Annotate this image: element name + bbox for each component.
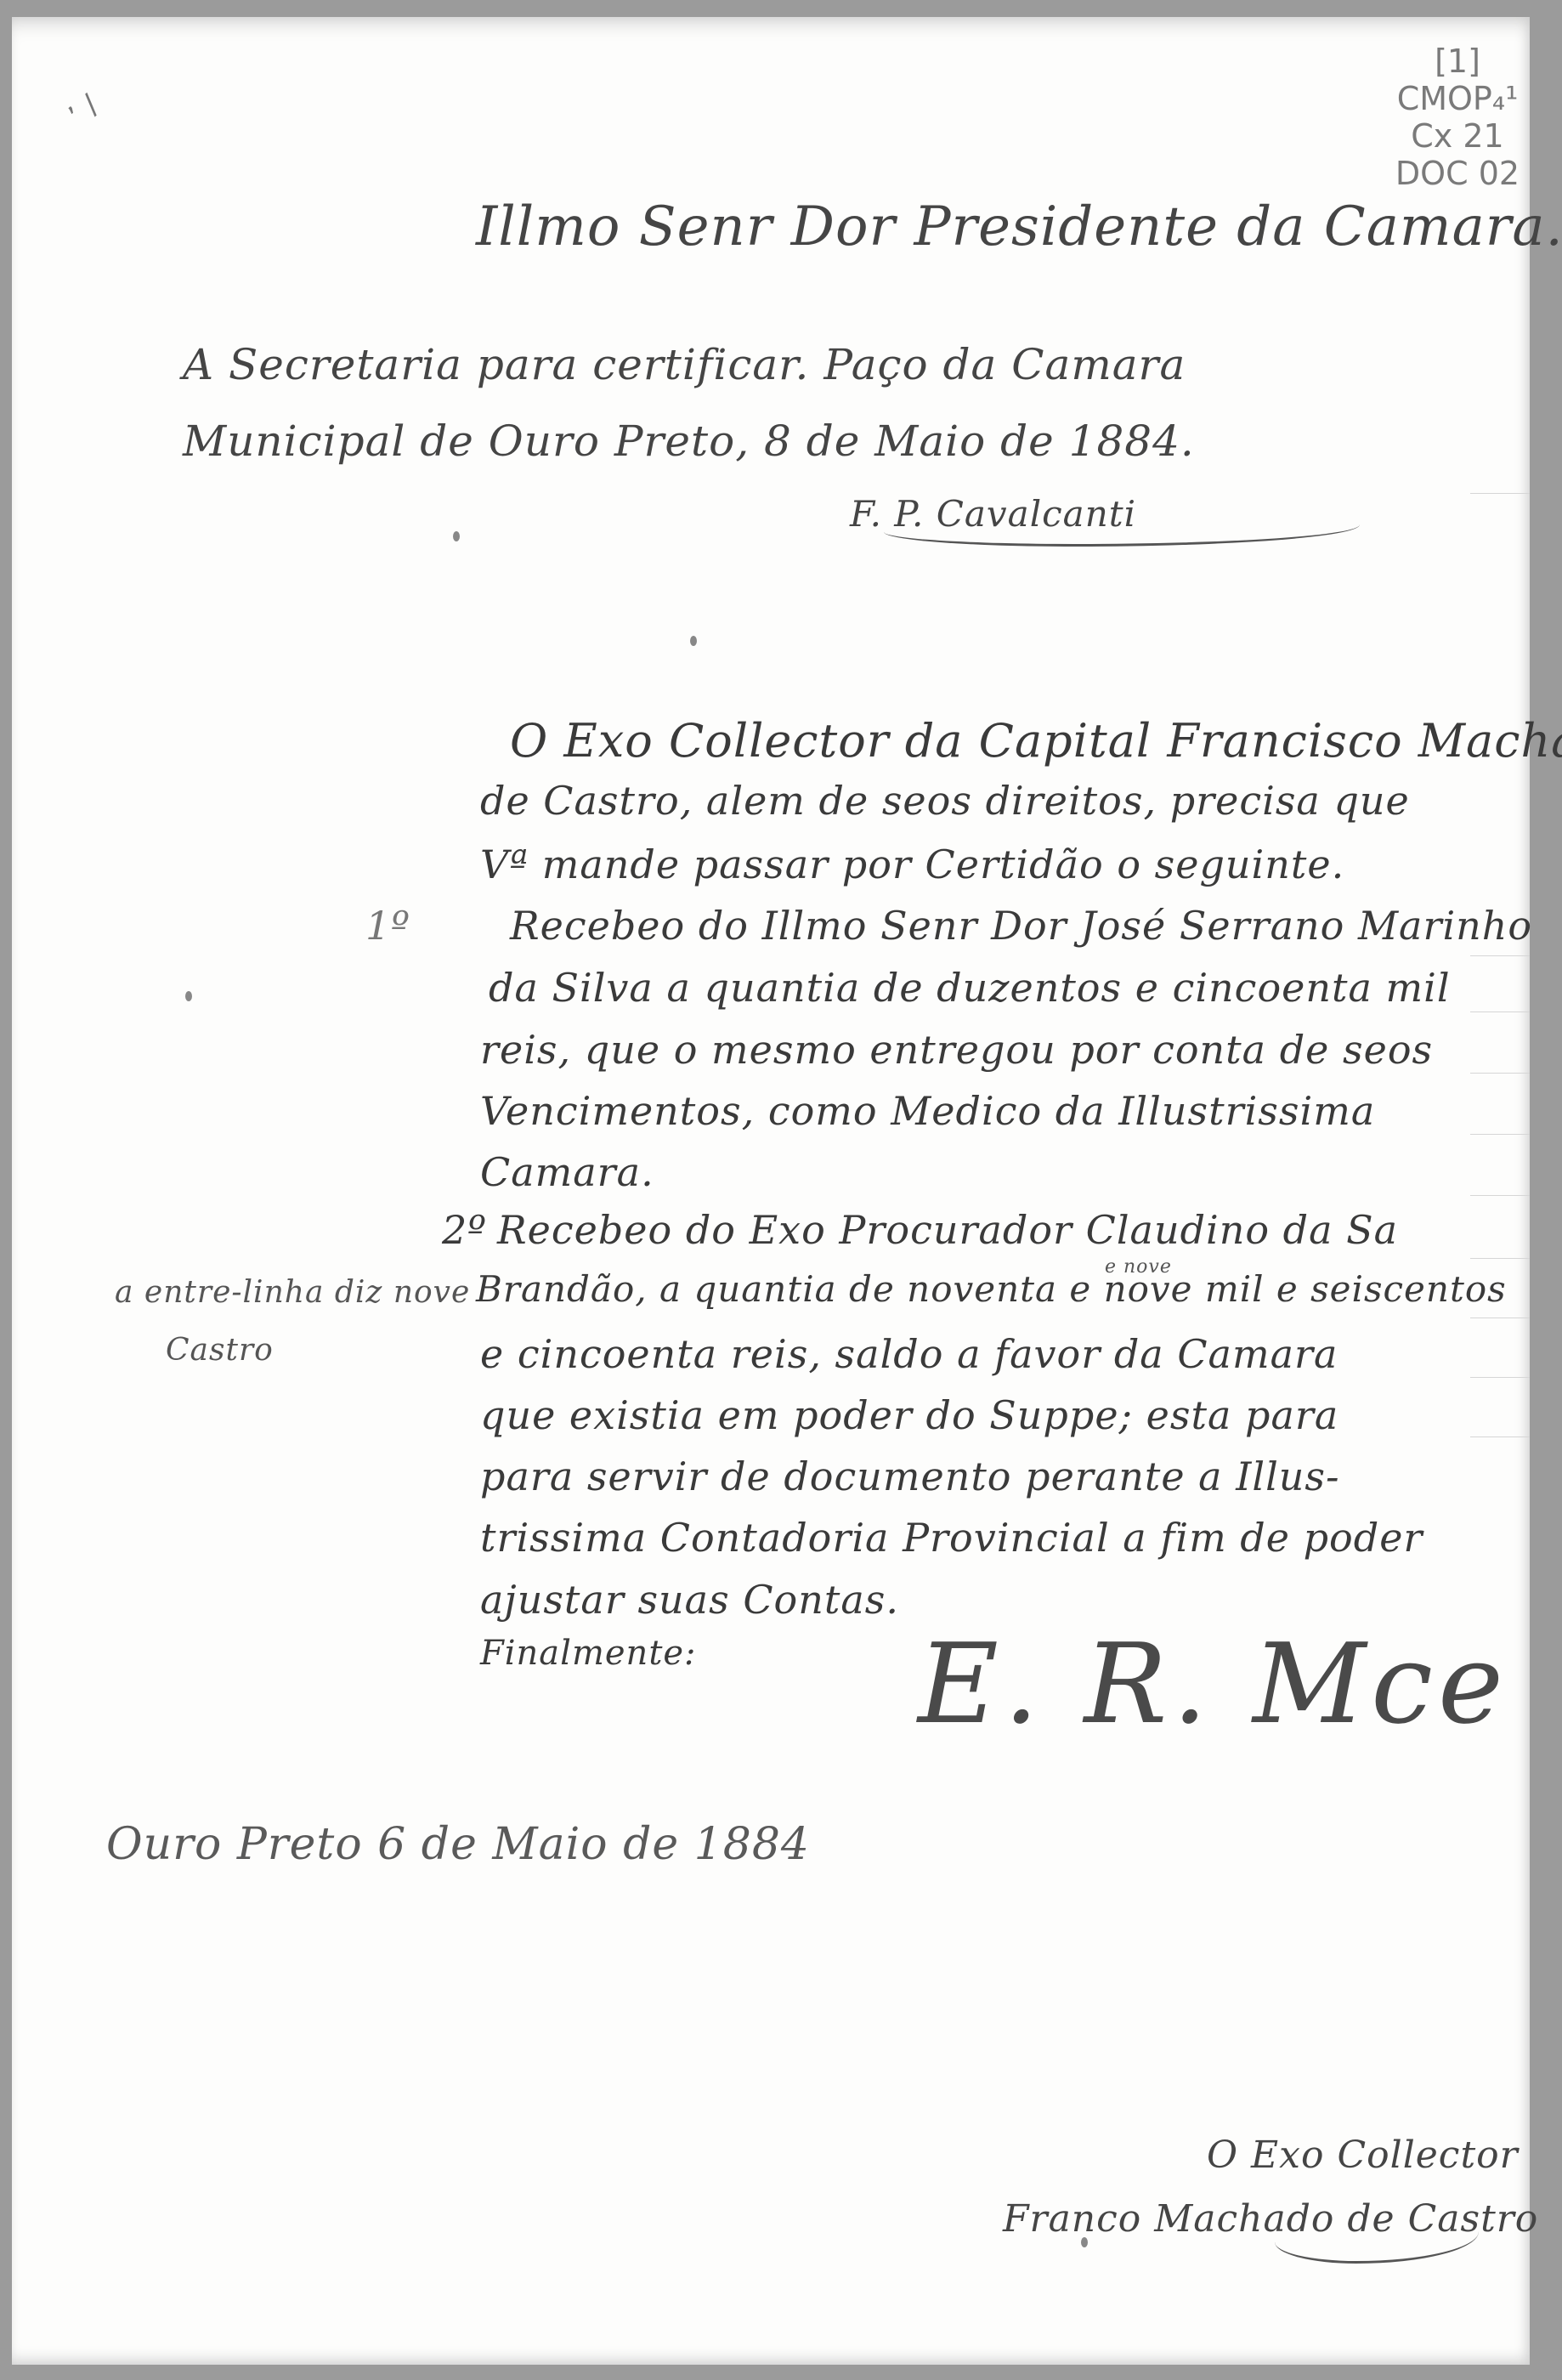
ruled-line <box>1470 1011 1530 1012</box>
petition-line-4: Recebeo do Illmo Senr Dor José Serrano M… <box>510 903 1532 949</box>
petition-line-5: da Silva a quantia de duzentos e cincoen… <box>489 965 1451 1011</box>
item-number-1: 1º <box>365 903 410 949</box>
ruled-line <box>1470 1258 1530 1259</box>
archive-folio: [1] <box>1394 42 1521 80</box>
petition-line-13: para servir de documento perante a Illus… <box>480 1453 1340 1499</box>
petition-line-10: Brandão, a quantia de noventa e nove mil… <box>476 1268 1507 1310</box>
margin-note-line-2: Castro <box>166 1333 274 1368</box>
petition-line-12: que existia em poder do Suppe; esta para <box>480 1392 1338 1438</box>
archive-doc: DOC 02 <box>1394 155 1521 192</box>
petition-line-3: Vª mande passar por Certidão o seguinte. <box>480 841 1344 887</box>
pin-hole <box>1081 2237 1088 2247</box>
petition-line-16: Finalmente: <box>480 1634 697 1673</box>
petition-line-6: reis, que o mesmo entregou por conta de … <box>480 1027 1433 1073</box>
petition-monogram: E. R. Mce <box>918 1619 1508 1748</box>
petition-line-14: trissima Contadoria Provincial a fim de … <box>480 1515 1423 1561</box>
petition-line-1: O Exo Collector da Capital Francisco Mac… <box>510 714 1562 768</box>
petition-line-8: Camara. <box>480 1149 654 1195</box>
interlinear-insert: e nove <box>1105 1256 1172 1278</box>
ruled-line <box>1470 493 1530 494</box>
petition-line-11: e cincoenta reis, saldo a favor da Camar… <box>480 1331 1338 1377</box>
margin-note-line-1: a entre-linha diz nove <box>115 1275 470 1310</box>
despacho-line-1: A Secretaria para certificar. Paço da Ca… <box>183 340 1186 389</box>
archive-reference: [1] CMOP₄¹ Cx 21 DOC 02 <box>1394 42 1521 192</box>
ruled-line <box>1470 1134 1530 1135</box>
pin-hole <box>690 636 697 646</box>
item-number-2: 2º <box>442 1207 487 1253</box>
monogram-text: E. R. Mce <box>918 1619 1508 1748</box>
petition-line-2: de Castro, alem de seos direitos, precis… <box>480 778 1410 824</box>
pin-hole <box>453 531 460 541</box>
ruled-line <box>1470 1073 1530 1074</box>
petition-line-7: Vencimentos, como Medico da Illustrissim… <box>480 1088 1375 1134</box>
petition-line-9: Recebeo do Exo Procurador Claudino da Sa <box>497 1207 1398 1253</box>
archive-fund: CMOP₄¹ <box>1394 80 1521 117</box>
ruled-line <box>1470 1377 1530 1378</box>
petition-line-15: ajustar suas Contas. <box>480 1577 899 1623</box>
closing-title: O Exo Collector <box>1207 2133 1519 2177</box>
archive-box: Cx 21 <box>1394 117 1521 155</box>
ruled-line <box>1470 1317 1530 1318</box>
despacho-line-2: Municipal de Ouro Preto, 8 de Maio de 18… <box>183 416 1195 466</box>
pin-hole <box>185 991 192 1001</box>
ruled-line <box>1470 955 1530 956</box>
ruled-line <box>1470 1436 1530 1437</box>
salutation: Illmo Senr Dor Presidente da Camara. <box>476 195 1562 258</box>
date-line: Ouro Preto 6 de Maio de 1884 <box>106 1819 810 1870</box>
ruled-line <box>1470 1195 1530 1196</box>
